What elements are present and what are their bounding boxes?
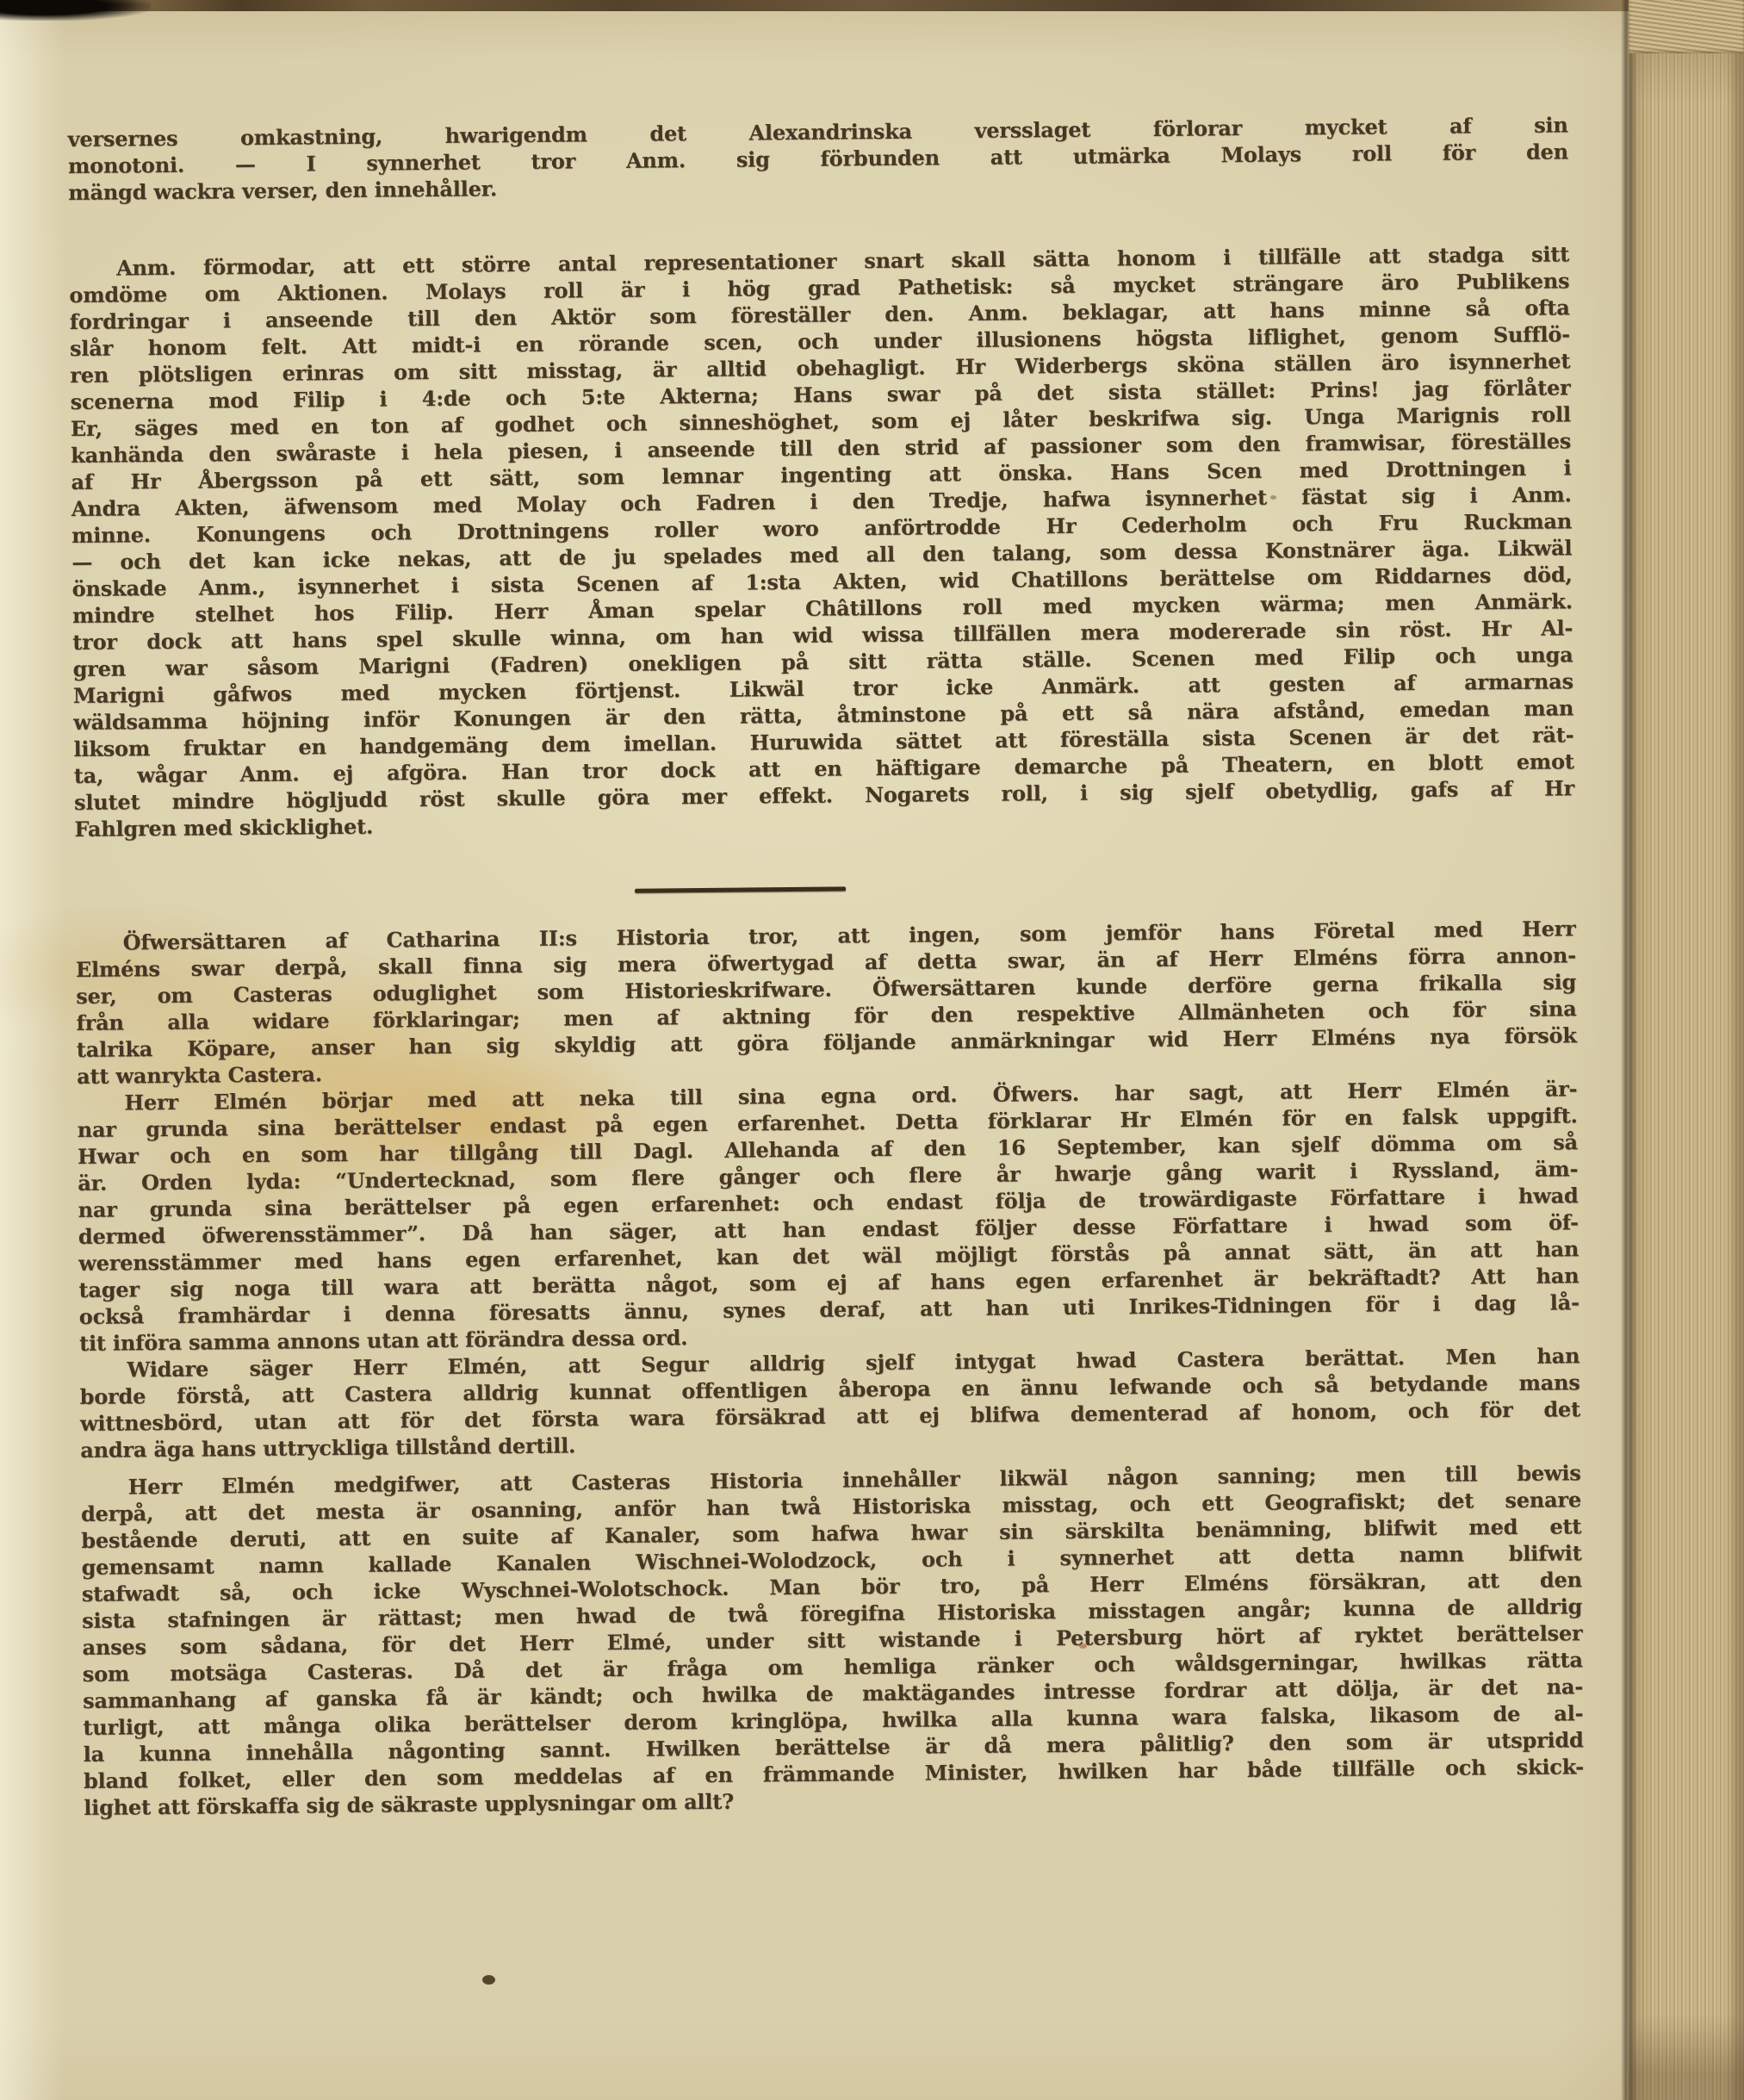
paragraph: Herr Elmén medgifwer, att Casteras Histo…	[81, 1459, 1585, 1821]
paragraph: versernes omkastning, hwarigendm det Ale…	[68, 111, 1569, 206]
book-fore-edge-top-corner	[1629, 0, 1744, 53]
scanned-newspaper-page: versernes omkastning, hwarigendm det Ale…	[0, 0, 1744, 2100]
ink-speck	[1270, 495, 1276, 500]
page-text: versernes omkastning, hwarigendm det Ale…	[68, 111, 1585, 1821]
paragraph: Herr Elmén börjar med att neka till sina…	[77, 1075, 1580, 1357]
section-divider	[635, 886, 846, 892]
paragraph: Widare säger Herr Elmén, att Segur alldr…	[79, 1342, 1580, 1463]
section-elmen-reply: Öfwersättaren af Catharina II:s Historia…	[76, 915, 1585, 1821]
ink-speck	[1079, 1643, 1087, 1649]
top-edge-ink-blot	[0, 0, 151, 21]
section-theatre-review: versernes omkastning, hwarigendm det Ale…	[68, 111, 1575, 842]
book-top-edge	[0, 0, 1744, 11]
ink-speck	[482, 1975, 495, 1985]
book-fore-edge	[1629, 0, 1744, 2100]
paragraph: Anm. förmodar, att ett större antal repr…	[69, 240, 1574, 842]
paragraph: Öfwersättaren af Catharina II:s Historia…	[76, 915, 1578, 1090]
